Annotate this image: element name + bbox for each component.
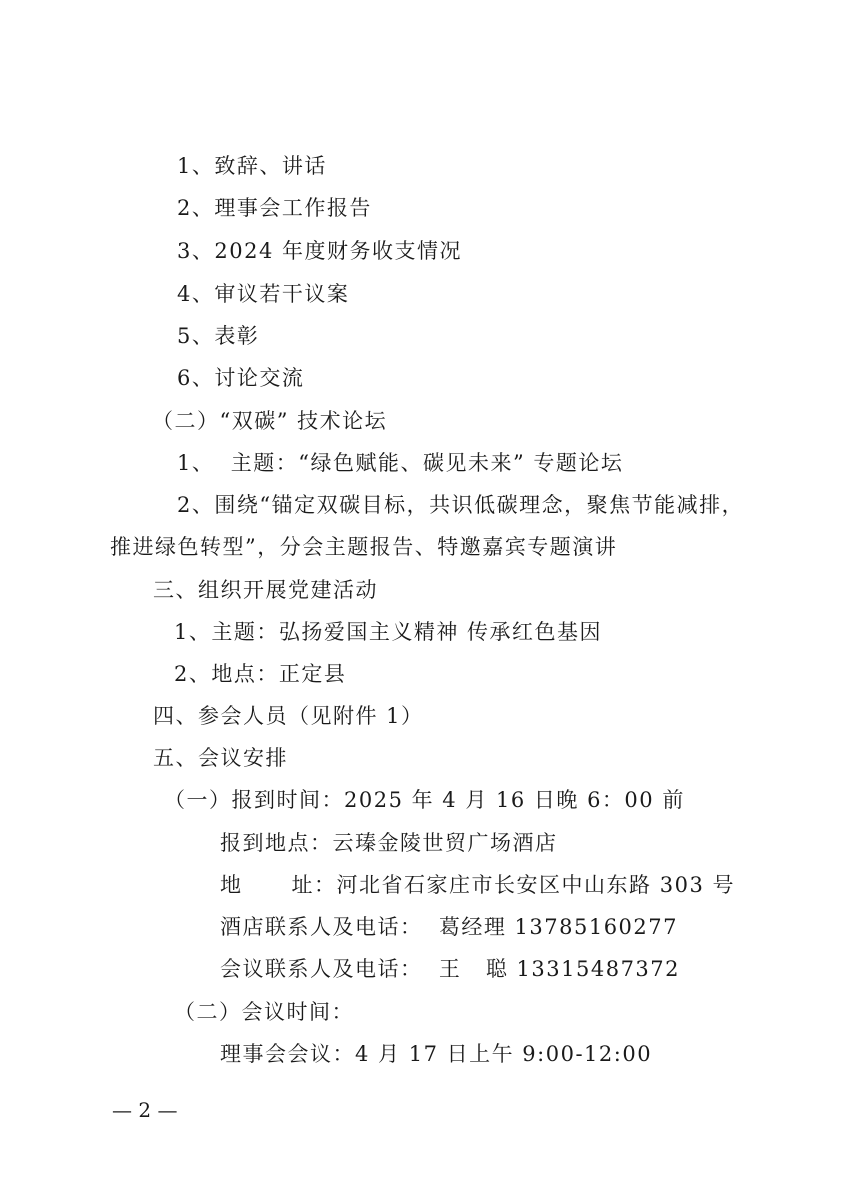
hotel-contact: 酒店联系人及电话： 葛经理 13785160277: [220, 913, 678, 941]
forum-item-2: 2、围绕“锚定双碳目标，共识低碳理念，聚焦节能减排，: [177, 491, 744, 519]
agenda-item-4: 4、审议若干议案: [177, 280, 349, 308]
party-activity-location: 2、地点：正定县: [174, 660, 346, 688]
section-heading-forum: （二）“双碳” 技术论坛: [152, 407, 387, 435]
section-heading-arrangement: 五、会议安排: [153, 744, 288, 772]
meeting-contact: 会议联系人及电话： 王 聪 13315487372: [220, 955, 680, 983]
agenda-item-5: 5、表彰: [177, 322, 259, 350]
forum-item-2-continued: 推进绿色转型”，分会主题报告、特邀嘉宾专题演讲: [110, 533, 617, 561]
checkin-location: 报到地点：云瑧金陵世贸广场酒店: [220, 829, 558, 857]
page-number: — 2 —: [112, 1096, 177, 1124]
section-heading-party-activity: 三、组织开展党建活动: [153, 576, 378, 604]
hotel-address: 地 址：河北省石家庄市长安区中山东路 303 号: [220, 871, 735, 899]
document-page: 1、致辞、讲话 2、理事会工作报告 3、2024 年度财务收支情况 4、审议若干…: [0, 0, 850, 1182]
agenda-item-1: 1、致辞、讲话: [177, 152, 327, 180]
party-activity-theme: 1、主题：弘扬爱国主义精神 传承红色基因: [174, 618, 602, 646]
agenda-item-6: 6、讨论交流: [177, 364, 304, 392]
forum-item-1: 1、 主题：“绿色赋能、碳见未来” 专题论坛: [177, 449, 623, 477]
agenda-item-3: 3、2024 年度财务收支情况: [177, 237, 462, 265]
meeting-time-heading: （二）会议时间：: [174, 998, 354, 1026]
council-meeting-time: 理事会会议：4 月 17 日上午 9:00-12:00: [220, 1040, 652, 1068]
section-heading-attendees: 四、参会人员（见附件 1）: [153, 702, 424, 730]
checkin-time: （一）报到时间：2025 年 4 月 16 日晚 6：00 前: [164, 786, 685, 814]
agenda-item-2: 2、理事会工作报告: [177, 194, 372, 222]
